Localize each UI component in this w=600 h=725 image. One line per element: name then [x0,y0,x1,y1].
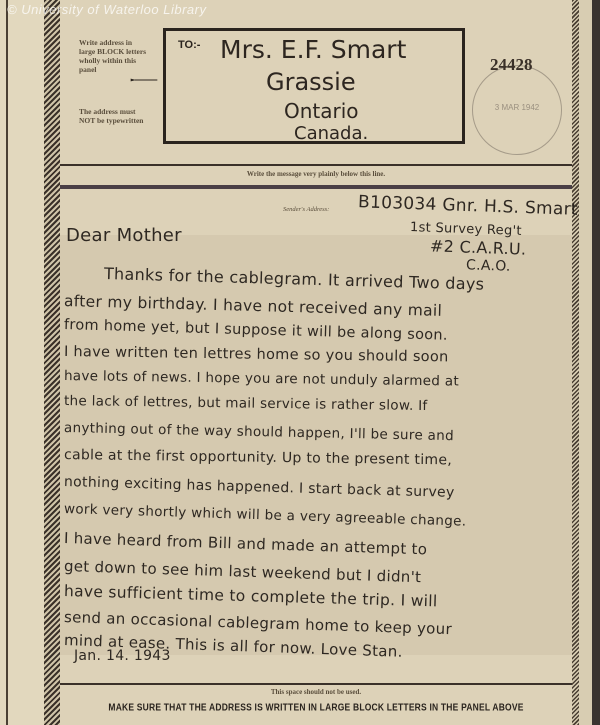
right-edge [592,0,600,725]
no-use-notice: This space should not be used. [60,688,572,696]
salutation: Dear Mother [66,225,182,246]
address-name: Mrs. E.F. Smart [220,35,406,64]
write-message-instruction: Write the message very plainly below thi… [60,170,572,178]
left-hatched-border [44,0,60,725]
sender-line-3: #2 C.A.R.U. [430,236,527,258]
address-province: Ontario [284,99,359,123]
sender-line-4: C.A.O. [466,257,511,275]
right-hatched-border [572,0,579,725]
divider-bottom [60,683,572,685]
address-warning-footer: MAKE SURE THAT THE ADDRESS IS WRITTEN IN… [60,701,572,713]
address-town: Grassie [266,68,356,96]
letter-date: Jan. 14. 1943 [74,648,171,664]
divider-message [60,185,572,189]
arrow-icon [124,78,164,82]
airgraph-letter: © University of Waterloo Library Write a… [0,0,600,725]
sender-line-1: B103034 Gnr. H.S. Smart [358,192,579,220]
divider-top [60,164,572,166]
sender-address-label: Sender's Address: [283,206,329,213]
postmark-date: 3 MAR 1942 [473,103,561,112]
address-instructions: Write address in large BLOCK letters who… [79,38,149,74]
to-label: TO:- [178,39,200,51]
library-watermark: © University of Waterloo Library [7,2,206,17]
typewriter-instructions: The address must NOT be typewritten [79,107,149,125]
address-country: Canada. [294,123,368,144]
serial-number: 24428 [490,55,533,75]
address-panel: TO:- Mrs. E.F. Smart Grassie Ontario Can… [163,28,465,144]
postmark-stamp: 3 MAR 1942 [472,65,562,155]
left-edge [6,0,8,725]
